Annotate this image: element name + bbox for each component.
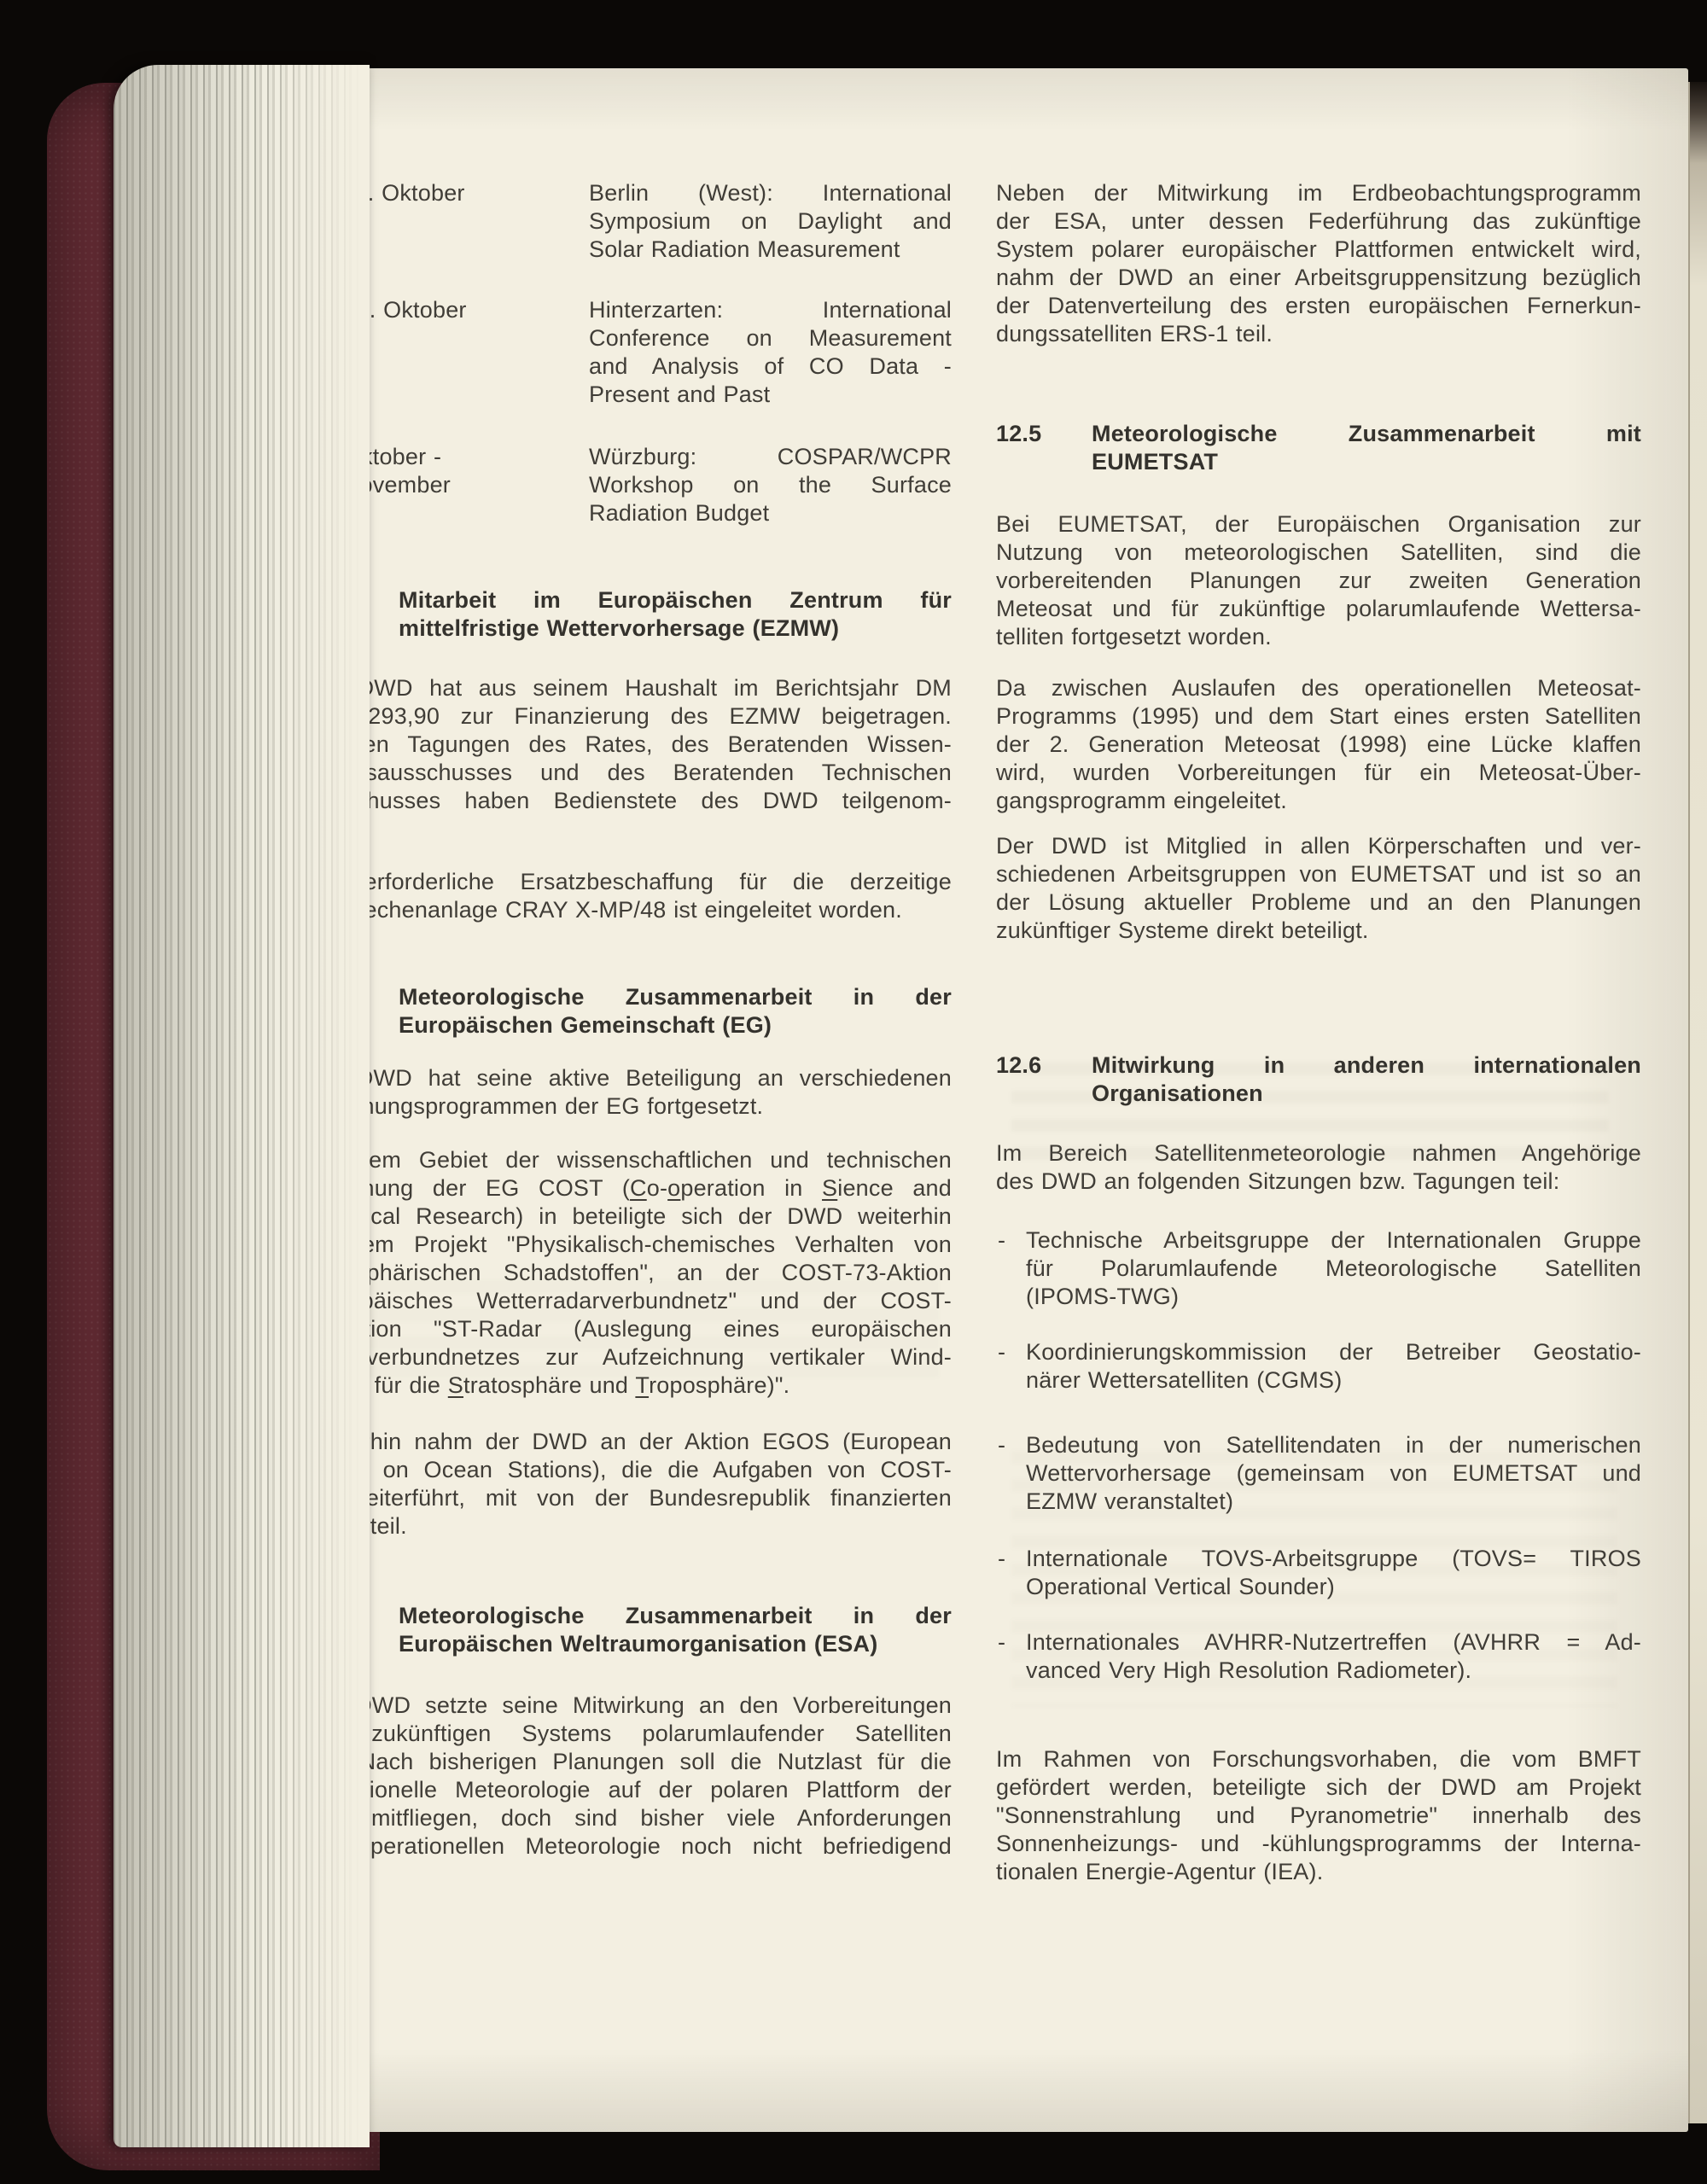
paragraph-line: der Datenverteilung des ersten europäisc… [996,292,1641,320]
page-number: 92 [303,1916,952,1944]
bullet-dash-icon: - [998,1226,1005,1255]
paragraph: Der DWD ist Mitglied in allen Körperscha… [996,832,1641,945]
paragraph-line: schaftsausschusses und des Beratenden Te… [303,759,952,787]
paragraph-line: Der DWD hat seine aktive Beteiligung an … [303,1064,952,1092]
bullet-item: -Bedeutung von Satellitendaten in der nu… [996,1431,1641,1516]
bullet-line: Operational Vertical Sounder) [1026,1573,1641,1601]
paragraph: Der DWD hat seine aktive Beteiligung an … [303,1064,952,1121]
event-description: Berlin (West): InternationalSymposium on… [589,179,952,264]
heading-line: Europäischen Gemeinschaft (EG) [399,1011,952,1040]
event-line: Radiation Budget [589,499,952,527]
paragraph-line: "Sonnenstrahlung und Pyranometrie" inner… [996,1802,1641,1830]
paragraph-line: der 2. Generation Meteosat (1998) eine L… [996,731,1641,759]
paragraph: Auf dem Gebiet der wissenschaftlichen un… [303,1146,952,1400]
section-heading: 12.2Mitarbeit im Europäischen Zentrum fü… [303,586,952,643]
paragraph-line: 8.476.293,90 zur Finanzierung des EZMW b… [303,702,952,731]
paragraph-line: gefördert werden, beteiligte sich der DW… [996,1773,1641,1802]
heading-line: Meteorologische Zusammenarbeit in der [399,1602,952,1630]
paragraph: Weiterhin nahm der DWD an der Aktion EGO… [303,1428,952,1540]
event-description: Hinterzarten: InternationalConference on… [589,296,952,409]
book-page: 09.-11. OktoberBerlin (West): Internatio… [171,68,1688,2132]
paragraph-line: Auf dem Gebiet der wissenschaftlichen un… [303,1146,952,1174]
facing-page-edge [1688,82,1707,2123]
heading-line: Organisationen [1092,1080,1641,1108]
paragraph-line: schiedenen Arbeitsgruppen von EUMETSAT u… [996,860,1641,888]
paragraph-line: men. [303,815,952,843]
paragraph-line: dungssatelliten ERS-1 teil. [996,320,1641,348]
paragraph: Bei EUMETSAT, der Europäischen Organisat… [996,510,1641,651]
paragraph-line: "Europäisches Wetterradarverbundnetz" un… [303,1287,952,1315]
bullet-item: -Internationale TOVS-Arbeitsgruppe (TOVS… [996,1545,1641,1601]
paragraph-line: telliten fortgesetzt worden. [996,623,1641,651]
bullet-line: (IPOMS-TWG) [1026,1283,1641,1311]
paragraph: Da zwischen Auslaufen des operationellen… [996,674,1641,815]
bullet-dash-icon: - [998,1338,1005,1366]
paragraph-line: Sonnenheizungs- und -kühlungsprogramms d… [996,1830,1641,1858]
paragraph-line: wird, wurden Vorbereitungen für ein Mete… [996,759,1641,787]
paragraph-line: Neben der Mitwirkung im Erdbeobachtungsp… [996,179,1641,207]
paragraph-line: 43 weiterführt, mit von der Bundesrepubl… [303,1484,952,1512]
event-line: Berlin (West): International [589,179,952,207]
page-text-layer: 09.-11. OktoberBerlin (West): Internatio… [171,68,1688,2132]
paragraph-line: System polarer europäischer Plattformen … [996,236,1641,264]
paragraph-line: zukünftiger Systeme direkt beteiligt. [996,917,1641,945]
heading-line: Mitwirkung in anderen internationalen [1092,1051,1641,1080]
bullet-line: EZMW veranstaltet) [1026,1488,1641,1516]
heading-line: Mitarbeit im Europäischen Zentrum für [399,586,952,614]
event-line: Conference on Measurement [589,324,952,352]
paragraph-line: fort. Nach bisherigen Planungen soll die… [303,1748,952,1776]
paragraph-line: Bei EUMETSAT, der Europäischen Organisat… [996,510,1641,539]
paragraph: Der DWD setzte seine Mitwirkung an den V… [303,1692,952,1889]
heading-line: Europäischen Weltraumorganisation (ESA) [399,1630,952,1658]
bullet-item: -Internationales AVHRR-Nutzertreffen (AV… [996,1628,1641,1685]
event-row: 09.-11. OktoberBerlin (West): Internatio… [303,179,952,264]
bullet-dash-icon: - [998,1431,1005,1459]
paragraph-line: Radarverbundnetzes zur Aufzeichnung vert… [303,1343,952,1372]
paragraph: Im Rahmen von Forschungsvorhaben, die vo… [996,1745,1641,1886]
paragraph-line: atmosphärischen Schadstoffen", an der CO… [303,1259,952,1287]
paragraph-line: Forschungsprogrammen der EG fortgesetzt. [303,1092,952,1121]
section-heading: 12.5Meteorologische Zusammenarbeit mitEU… [996,420,1641,476]
event-line: Würzburg: COSPAR/WCPR [589,443,952,471]
paragraph-line: profile für die Stratosphäre und Troposp… [303,1372,952,1400]
heading-line: Meteorologische Zusammenarbeit mit [1092,420,1641,448]
section-heading: 12.4Meteorologische Zusammenarbeit in de… [303,1602,952,1658]
paragraph-line: Nutzung von meteorologischen Satelliten,… [996,539,1641,567]
paragraph-line: ESA mitfliegen, doch sind bisher viele A… [303,1804,952,1832]
paragraph: Im Bereich Satellitenmeteorologie nahmen… [996,1139,1641,1196]
paragraph-line: Der DWD setzte seine Mitwirkung an den V… [303,1692,952,1720]
paragraph-line: an dem Projekt "Physikalisch-chemisches … [303,1231,952,1259]
paragraph-line: Im Rahmen von Forschungsvorhaben, die vo… [996,1745,1641,1773]
paragraph-line: vorbereitenden Planungen zur zweiten Gen… [996,567,1641,595]
paragraph-line: Großrechenanlage CRAY X-MP/48 ist eingel… [303,896,952,924]
event-description: Würzburg: COSPAR/WCPRWorkshop on the Sur… [589,443,952,527]
paragraph-line: Im Bereich Satellitenmeteorologie nahmen… [996,1139,1641,1168]
bullet-dash-icon: - [998,1545,1005,1573]
heading-line: mittelfristige Wettervorhersage (EZMW) [399,614,952,643]
paragraph-line: Die erforderliche Ersatzbeschaffung für … [303,868,952,896]
section-number: 12.5 [996,420,1041,448]
paragraph-line: Forschung der EG COST (Co-operation in S… [303,1174,952,1203]
paragraph: Neben der Mitwirkung im Erdbeobachtungsp… [996,179,1641,348]
heading-line: EUMETSAT [1092,448,1641,476]
paragraph-line: der operationellen Meteorologie noch nic… [303,1832,952,1861]
paragraph-line: Der DWD ist Mitglied in allen Körperscha… [996,832,1641,860]
paragraph-line: Weiterhin nahm der DWD an der Aktion EGO… [303,1428,952,1456]
paragraph-line: Bojen teil. [303,1512,952,1540]
paragraph-line: 74-Aktion "ST-Radar (Auslegung eines eur… [303,1315,952,1343]
bullet-item: -Technische Arbeitsgruppe der Internatio… [996,1226,1641,1311]
paragraph: Die erforderliche Ersatzbeschaffung für … [303,868,952,924]
paragraph-line: der Lösung aktueller Probleme und an den… [996,888,1641,917]
section-heading: 12.6Mitwirkung in anderen internationale… [996,1051,1641,1108]
paragraph-line: des zukünftigen Systems polarumlaufender… [303,1720,952,1748]
paragraph-line: gangsprogramm eingeleitet. [996,787,1641,815]
section-number: 12.6 [996,1051,1041,1080]
paragraph-line: nahm der DWD an einer Arbeitsgruppensitz… [996,264,1641,292]
paragraph-line: Da zwischen Auslaufen des operationellen… [996,674,1641,702]
event-line: Workshop on the Surface [589,471,952,499]
paragraph-line: Group on Ocean Stations), die die Aufgab… [303,1456,952,1484]
paragraph-line: des DWD an folgenden Sitzungen bzw. Tagu… [996,1168,1641,1196]
bullet-line: Koordinierungskommission der Betreiber G… [1026,1338,1641,1366]
event-row: 16.-21. OktoberHinterzarten: Internation… [303,296,952,409]
paragraph-line: Ausschusses haben Bedienstete des DWD te… [303,787,952,815]
event-line: Symposium on Daylight and [589,207,952,236]
bullet-line: vanced Very High Resolution Radiometer). [1026,1657,1641,1685]
paragraph-line: Der DWD hat aus seinem Haushalt im Beric… [303,674,952,702]
bullet-line: Technische Arbeitsgruppe der Internation… [1026,1226,1641,1255]
paragraph-line: operationelle Meteorologie auf der polar… [303,1776,952,1804]
paragraph-line: An den Tagungen des Rates, des Beratende… [303,731,952,759]
bullet-line: Internationale TOVS-Arbeitsgruppe (TOVS=… [1026,1545,1641,1573]
paragraph-line: Programms (1995) und dem Start eines ers… [996,702,1641,731]
bullet-line: für Polarumlaufende Meteorologische Sate… [1026,1255,1641,1283]
paragraph-line: tionalen Energie-Agentur (IEA). [996,1858,1641,1886]
bullet-line: Bedeutung von Satellitendaten in der num… [1026,1431,1641,1459]
paragraph-line: der ESA, unter dessen Federführung das z… [996,207,1641,236]
event-line: Solar Radiation Measurement [589,236,952,264]
bullet-item: -Koordinierungskommission der Betreiber … [996,1338,1641,1395]
event-row: 30. Oktober -03. NovemberWürzburg: COSPA… [303,443,952,527]
paragraph: Der DWD hat aus seinem Haushalt im Beric… [303,674,952,843]
event-line: Present and Past [589,381,952,409]
paragraph-line: erfüllt. [303,1861,952,1889]
paragraph-line: Meteosat und für zukünftige polarumlaufe… [996,595,1641,623]
heading-line: Meteorologische Zusammenarbeit in der [399,983,952,1011]
event-line: and Analysis of CO Data - [589,352,952,381]
bullet-line: Wettervorhersage (gemeinsam von EUMETSAT… [1026,1459,1641,1488]
section-heading: 12.3Meteorologische Zusammenarbeit in de… [303,983,952,1040]
page-edge-stack [114,65,370,2147]
bullet-dash-icon: - [998,1628,1005,1657]
paragraph-line: Technical Research) in beteiligte sich d… [303,1203,952,1231]
bullet-line: Internationales AVHRR-Nutzertreffen (AVH… [1026,1628,1641,1657]
bullet-line: närer Wettersatelliten (CGMS) [1026,1366,1641,1395]
event-line: Hinterzarten: International [589,296,952,324]
